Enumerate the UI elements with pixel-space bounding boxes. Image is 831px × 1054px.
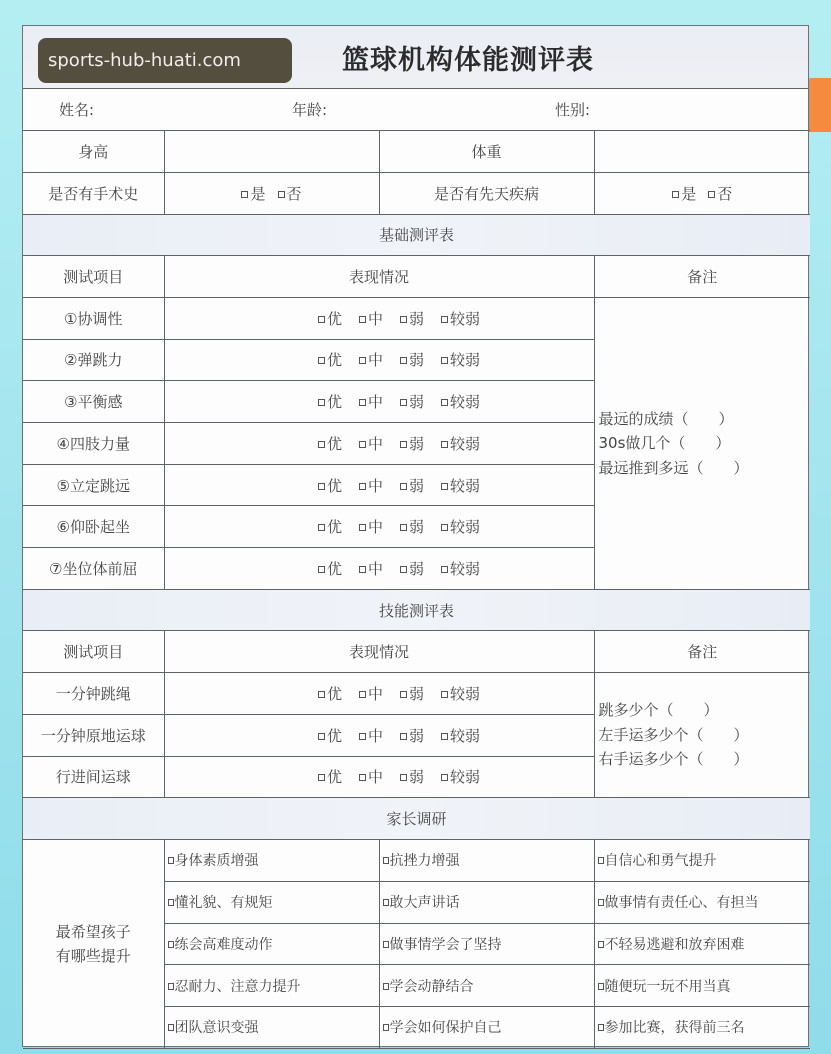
congenital-yes-checkbox[interactable]: 是 bbox=[672, 183, 696, 204]
remark-line: 最远的成绩（ ） bbox=[599, 407, 807, 432]
basic-test-remarks[interactable]: 最远的成绩（ ） 30s做几个（ ） 最远推到多远（ ） bbox=[594, 297, 810, 589]
rating-checkbox[interactable]: 较弱 bbox=[441, 766, 480, 787]
checkbox-icon bbox=[383, 899, 389, 906]
checkbox-icon bbox=[441, 483, 448, 490]
rating-checkbox[interactable]: 弱 bbox=[400, 391, 424, 412]
survey-option-checkbox[interactable]: 不轻易逃避和放弃困难 bbox=[594, 923, 810, 965]
survey-option-checkbox[interactable]: 参加比赛，获得前三名 bbox=[594, 1007, 810, 1049]
table-row: ①协调性 优 中 弱 较弱 最远的成绩（ ） 30s做几个（ ） 最远推到多远（… bbox=[23, 297, 810, 339]
rating-checkbox[interactable]: 优 bbox=[318, 433, 342, 454]
test-item-label: ⑥仰卧起坐 bbox=[23, 506, 164, 548]
parent-survey-title: 家长调研 bbox=[23, 798, 810, 840]
survey-question: 最希望孩子 有哪些提升 bbox=[23, 840, 164, 1048]
checkbox-icon bbox=[318, 441, 325, 448]
checkbox-icon bbox=[400, 316, 407, 323]
basic-test-section-header: 基础测评表 bbox=[23, 214, 810, 256]
col-header-item: 测试项目 bbox=[23, 631, 164, 673]
checkbox-icon bbox=[318, 524, 325, 531]
surgery-no-checkbox[interactable]: 否 bbox=[278, 183, 302, 204]
rating-checkbox[interactable]: 优 bbox=[318, 766, 342, 787]
rating-checkbox[interactable]: 中 bbox=[359, 516, 383, 537]
survey-row: 最希望孩子 有哪些提升 身体素质增强 抗挫力增强 自信心和勇气提升 bbox=[23, 840, 810, 882]
checkbox-icon bbox=[441, 691, 448, 698]
checkbox-icon bbox=[383, 857, 389, 864]
rating-options: 优 中 弱 较弱 bbox=[164, 339, 594, 381]
survey-option-checkbox[interactable]: 做事情学会了坚持 bbox=[379, 923, 594, 965]
checkbox-icon bbox=[318, 483, 325, 490]
rating-checkbox[interactable]: 优 bbox=[318, 558, 342, 579]
checkbox-icon bbox=[598, 1024, 604, 1031]
checkbox-icon bbox=[318, 399, 325, 406]
rating-checkbox[interactable]: 优 bbox=[318, 308, 342, 329]
checkbox-icon bbox=[359, 774, 366, 781]
checkbox-icon bbox=[441, 774, 448, 781]
surgery-options: 是否 bbox=[164, 172, 379, 214]
remark-line: 30s做几个（ ） bbox=[599, 431, 807, 456]
checkbox-icon bbox=[318, 357, 325, 364]
test-item-label: ⑤立定跳远 bbox=[23, 464, 164, 506]
checkbox-icon bbox=[318, 566, 325, 573]
rating-checkbox[interactable]: 中 bbox=[359, 308, 383, 329]
survey-option-checkbox[interactable]: 自信心和勇气提升 bbox=[594, 840, 810, 882]
medical-history-row: 是否有手术史 是否 是否有先天疾病 是否 bbox=[23, 172, 810, 214]
checkbox-icon bbox=[708, 191, 715, 198]
congenital-label: 是否有先天疾病 bbox=[379, 172, 594, 214]
skill-test-section-header: 技能测评表 bbox=[23, 589, 810, 631]
checkbox-icon bbox=[359, 691, 366, 698]
col-header-remarks: 备注 bbox=[594, 256, 810, 298]
test-item-label: ③平衡感 bbox=[23, 381, 164, 423]
rating-checkbox[interactable]: 优 bbox=[318, 475, 342, 496]
rating-checkbox[interactable]: 优 bbox=[318, 516, 342, 537]
checkbox-icon bbox=[441, 357, 448, 364]
checkbox-icon bbox=[318, 316, 325, 323]
survey-option-checkbox[interactable]: 身体素质增强 bbox=[164, 840, 379, 882]
form-title: 篮球机构体能测评表 bbox=[342, 38, 594, 77]
survey-option-checkbox[interactable]: 练会高难度动作 bbox=[164, 923, 379, 965]
checkbox-icon bbox=[441, 316, 448, 323]
checkbox-icon bbox=[318, 774, 325, 781]
rating-checkbox[interactable]: 优 bbox=[318, 683, 342, 704]
test-item-label: ④四肢力量 bbox=[23, 423, 164, 465]
rating-checkbox[interactable]: 弱 bbox=[400, 516, 424, 537]
checkbox-icon bbox=[168, 857, 174, 864]
checkbox-icon bbox=[441, 524, 448, 531]
test-item-label: ⑦坐位体前屈 bbox=[23, 548, 164, 590]
checkbox-icon bbox=[598, 941, 604, 948]
rating-options: 优 中 弱 较弱 bbox=[164, 297, 594, 339]
skill-test-remarks[interactable]: 跳多少个（ ） 左手运多少个（ ） 右手运多少个（ ） bbox=[594, 673, 810, 798]
rating-checkbox[interactable]: 弱 bbox=[400, 433, 424, 454]
rating-checkbox[interactable]: 较弱 bbox=[441, 433, 480, 454]
form-table: 姓名:年龄:性别: 身高 体重 是否有手术史 是否 是否有先天疾病 是否 基础测… bbox=[23, 89, 810, 840]
rating-options: 优 中 弱 较弱 bbox=[164, 548, 594, 590]
checkbox-icon bbox=[400, 566, 407, 573]
basic-test-title: 基础测评表 bbox=[23, 214, 810, 256]
rating-checkbox[interactable]: 中 bbox=[359, 558, 383, 579]
rating-checkbox[interactable]: 优 bbox=[318, 725, 342, 746]
rating-checkbox[interactable]: 中 bbox=[359, 349, 383, 370]
checkbox-icon bbox=[168, 1024, 174, 1031]
checkbox-icon bbox=[400, 733, 407, 740]
checkbox-icon bbox=[441, 733, 448, 740]
congenital-options: 是否 bbox=[594, 172, 810, 214]
checkbox-icon bbox=[383, 983, 389, 990]
test-item-label: ②弹跳力 bbox=[23, 339, 164, 381]
checkbox-icon bbox=[168, 983, 174, 990]
rating-checkbox[interactable]: 优 bbox=[318, 391, 342, 412]
checkbox-icon bbox=[598, 899, 604, 906]
survey-option-checkbox[interactable]: 随便玩一玩不用当真 bbox=[594, 965, 810, 1007]
rating-checkbox[interactable]: 中 bbox=[359, 433, 383, 454]
survey-option-checkbox[interactable]: 学会如何保护自己 bbox=[379, 1007, 594, 1049]
decorative-orange-tab bbox=[808, 78, 831, 132]
parent-survey-section-header: 家长调研 bbox=[23, 798, 810, 840]
checkbox-icon bbox=[359, 441, 366, 448]
checkbox-icon bbox=[359, 566, 366, 573]
assessment-form: 篮球机构体能测评表 姓名:年龄:性别: 身高 体重 是否有手术史 是否 是否有先… bbox=[22, 25, 809, 1047]
checkbox-icon bbox=[400, 524, 407, 531]
rating-checkbox[interactable]: 弱 bbox=[400, 308, 424, 329]
checkbox-icon bbox=[359, 524, 366, 531]
gender-field[interactable]: 性别: bbox=[555, 99, 590, 120]
col-header-performance: 表现情况 bbox=[164, 631, 594, 673]
skill-item-label: 行进间运球 bbox=[23, 756, 164, 798]
checkbox-icon bbox=[278, 191, 285, 198]
checkbox-icon bbox=[241, 191, 248, 198]
checkbox-icon bbox=[400, 483, 407, 490]
checkbox-icon bbox=[400, 691, 407, 698]
weight-label: 体重 bbox=[379, 131, 594, 173]
rating-checkbox[interactable]: 中 bbox=[359, 475, 383, 496]
rating-checkbox[interactable]: 中 bbox=[359, 766, 383, 787]
checkbox-icon bbox=[359, 483, 366, 490]
rating-checkbox[interactable]: 较弱 bbox=[441, 683, 480, 704]
survey-option-checkbox[interactable]: 抗挫力增强 bbox=[379, 840, 594, 882]
rating-checkbox[interactable]: 弱 bbox=[400, 475, 424, 496]
checkbox-icon bbox=[400, 399, 407, 406]
rating-options: 优 中 弱 较弱 bbox=[164, 506, 594, 548]
checkbox-icon bbox=[383, 1024, 389, 1031]
checkbox-icon bbox=[318, 733, 325, 740]
survey-option-checkbox[interactable]: 忍耐力、注意力提升 bbox=[164, 965, 379, 1007]
checkbox-icon bbox=[672, 191, 679, 198]
col-header-performance: 表现情况 bbox=[164, 256, 594, 298]
height-label: 身高 bbox=[23, 131, 164, 173]
weight-input[interactable] bbox=[594, 131, 810, 173]
checkbox-icon bbox=[168, 941, 174, 948]
rating-checkbox[interactable]: 较弱 bbox=[441, 349, 480, 370]
height-input[interactable] bbox=[164, 131, 379, 173]
checkbox-icon bbox=[598, 983, 604, 990]
rating-checkbox[interactable]: 较弱 bbox=[441, 308, 480, 329]
rating-checkbox[interactable]: 优 bbox=[318, 349, 342, 370]
skill-item-label: 一分钟原地运球 bbox=[23, 714, 164, 756]
rating-checkbox[interactable]: 较弱 bbox=[441, 516, 480, 537]
checkbox-icon bbox=[441, 399, 448, 406]
rating-options: 优 中 弱 较弱 bbox=[164, 673, 594, 715]
col-header-remarks: 备注 bbox=[594, 631, 810, 673]
rating-options: 优 中 弱 较弱 bbox=[164, 756, 594, 798]
rating-options: 优 中 弱 较弱 bbox=[164, 464, 594, 506]
checkbox-icon bbox=[441, 441, 448, 448]
personal-info-row: 姓名:年龄:性别: bbox=[23, 89, 810, 131]
basic-test-column-headers: 测试项目 表现情况 备注 bbox=[23, 256, 810, 298]
congenital-no-checkbox[interactable]: 否 bbox=[708, 183, 732, 204]
remark-line: 左手运多少个（ ） bbox=[599, 723, 807, 748]
remark-line: 最远推到多远（ ） bbox=[599, 456, 807, 481]
checkbox-icon bbox=[359, 733, 366, 740]
checkbox-icon bbox=[598, 857, 604, 864]
parent-survey-table: 最希望孩子 有哪些提升 身体素质增强 抗挫力增强 自信心和勇气提升 懂礼貌、有规… bbox=[23, 840, 810, 1049]
rating-checkbox[interactable]: 中 bbox=[359, 391, 383, 412]
table-row: 一分钟跳绳 优 中 弱 较弱 跳多少个（ ） 左手运多少个（ ） 右手运多少个（… bbox=[23, 673, 810, 715]
height-weight-row: 身高 体重 bbox=[23, 131, 810, 173]
remark-line: 右手运多少个（ ） bbox=[599, 747, 807, 772]
name-field[interactable]: 姓名: bbox=[59, 99, 292, 120]
rating-checkbox[interactable]: 弱 bbox=[400, 349, 424, 370]
survey-option-checkbox[interactable]: 团队意识变强 bbox=[164, 1007, 379, 1049]
watermark-overlay: sports-hub-huati.com bbox=[38, 38, 292, 83]
rating-options: 优 中 弱 较弱 bbox=[164, 714, 594, 756]
rating-checkbox[interactable]: 弱 bbox=[400, 766, 424, 787]
col-header-item: 测试项目 bbox=[23, 256, 164, 298]
surgery-label: 是否有手术史 bbox=[23, 172, 164, 214]
surgery-yes-checkbox[interactable]: 是 bbox=[241, 183, 265, 204]
rating-options: 优 中 弱 较弱 bbox=[164, 423, 594, 465]
rating-options: 优 中 弱 较弱 bbox=[164, 381, 594, 423]
rating-checkbox[interactable]: 弱 bbox=[400, 558, 424, 579]
rating-checkbox[interactable]: 较弱 bbox=[441, 475, 480, 496]
skill-item-label: 一分钟跳绳 bbox=[23, 673, 164, 715]
survey-option-checkbox[interactable]: 敢大声讲话 bbox=[379, 882, 594, 924]
checkbox-icon bbox=[400, 357, 407, 364]
checkbox-icon bbox=[359, 399, 366, 406]
checkbox-icon bbox=[359, 357, 366, 364]
rating-checkbox[interactable]: 弱 bbox=[400, 683, 424, 704]
rating-checkbox[interactable]: 中 bbox=[359, 683, 383, 704]
rating-checkbox[interactable]: 中 bbox=[359, 725, 383, 746]
checkbox-icon bbox=[400, 441, 407, 448]
checkbox-icon bbox=[168, 899, 174, 906]
survey-option-checkbox[interactable]: 学会动静结合 bbox=[379, 965, 594, 1007]
skill-test-column-headers: 测试项目 表现情况 备注 bbox=[23, 631, 810, 673]
rating-checkbox[interactable]: 较弱 bbox=[441, 558, 480, 579]
test-item-label: ①协调性 bbox=[23, 297, 164, 339]
rating-checkbox[interactable]: 弱 bbox=[400, 725, 424, 746]
checkbox-icon bbox=[359, 316, 366, 323]
age-field[interactable]: 年龄: bbox=[292, 99, 555, 120]
survey-option-checkbox[interactable]: 懂礼貌、有规矩 bbox=[164, 882, 379, 924]
checkbox-icon bbox=[318, 691, 325, 698]
remark-line: 跳多少个（ ） bbox=[599, 698, 807, 723]
checkbox-icon bbox=[383, 941, 389, 948]
rating-checkbox[interactable]: 较弱 bbox=[441, 391, 480, 412]
checkbox-icon bbox=[441, 566, 448, 573]
survey-option-checkbox[interactable]: 做事情有责任心、有担当 bbox=[594, 882, 810, 924]
rating-checkbox[interactable]: 较弱 bbox=[441, 725, 480, 746]
skill-test-title: 技能测评表 bbox=[23, 589, 810, 631]
checkbox-icon bbox=[400, 774, 407, 781]
